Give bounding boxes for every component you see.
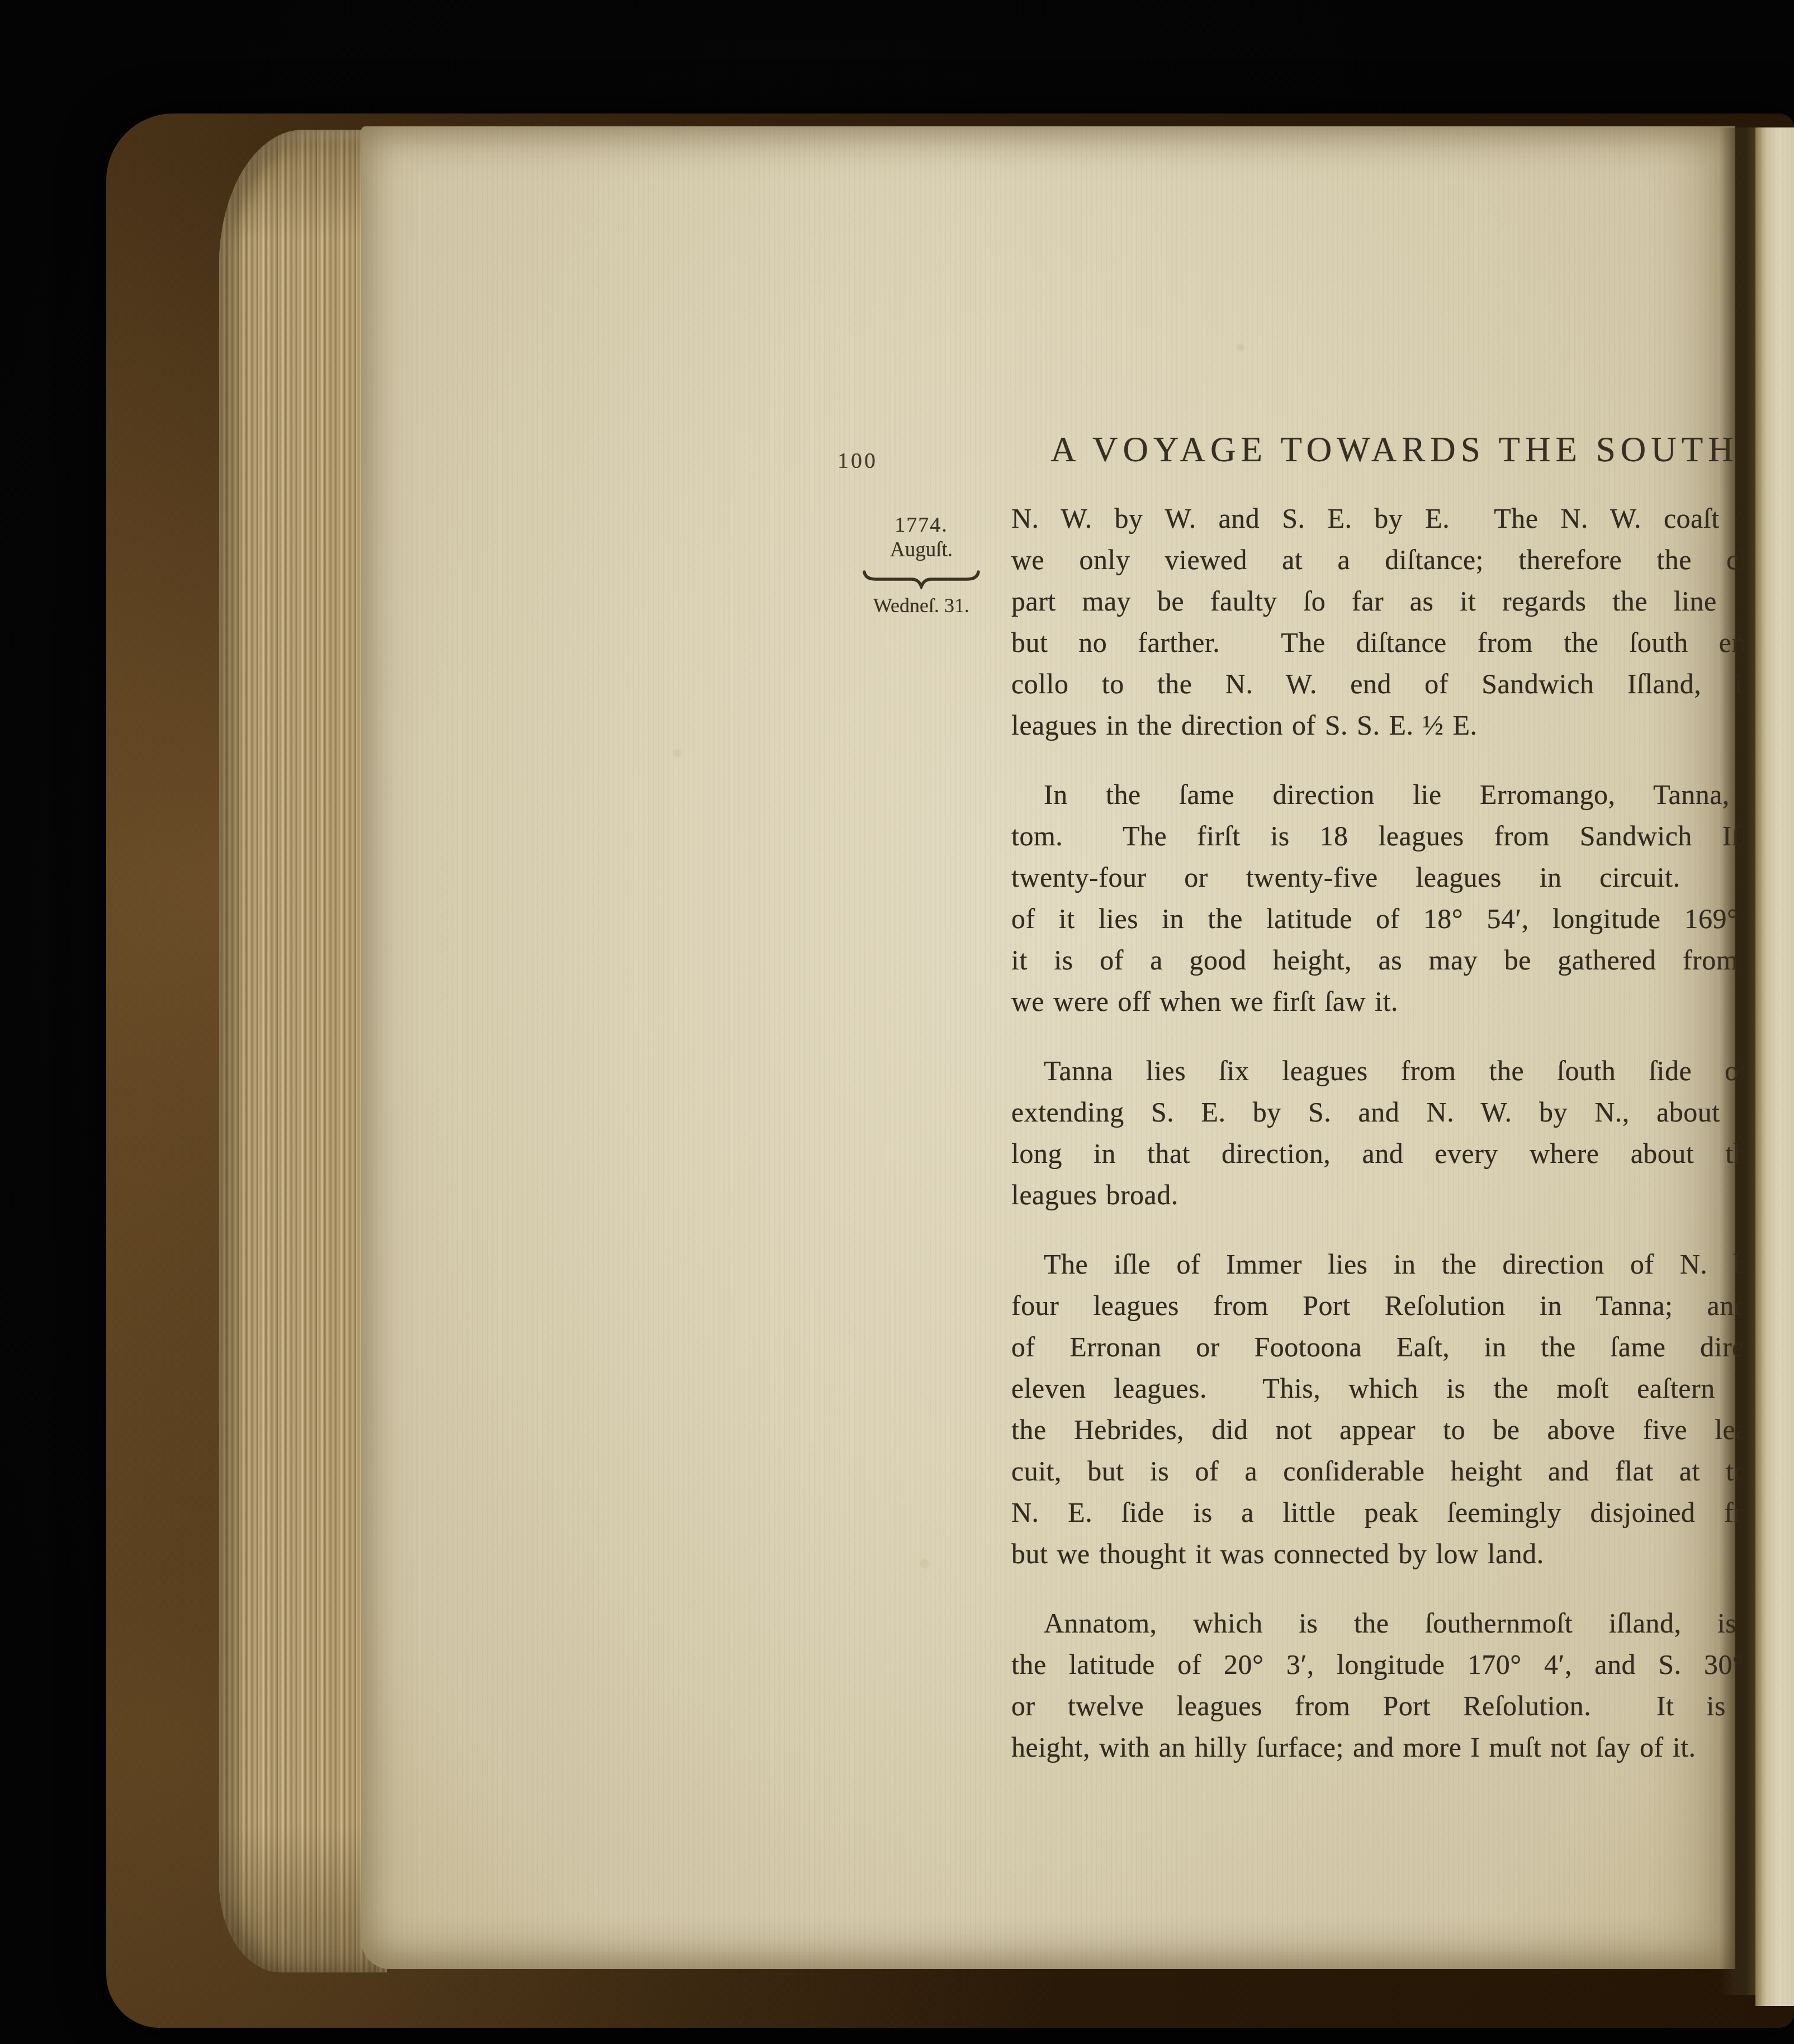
body-line: part may be faulty ſo far as it regards … [1011, 580, 1794, 622]
body-line: leagues broad. [1011, 1174, 1794, 1215]
paragraph: Tanna lies ſix leagues from the ſouth ſi… [1011, 1050, 1794, 1215]
body-line: N. E. ſide is a little peak ſeemingly di… [1011, 1492, 1794, 1533]
catchword: Here [1011, 1773, 1794, 1806]
body-line: but no farther. The diſtance from the ſo… [1011, 622, 1794, 663]
body-line: tom. The firſt is 18 leagues from Sandwi… [1011, 815, 1794, 857]
paragraph: Annatom, which is the ſouthernmoſt iſlan… [1011, 1602, 1794, 1768]
paragraph: In the ſame direction lie Erromango, Tan… [1011, 774, 1794, 1022]
book-photo: 100 A VOYAGE TOWARDS THE SOUTH POLE, 177… [0, 0, 1794, 2044]
running-header: A VOYAGE TOWARDS THE SOUTH POLE, [1004, 429, 1794, 470]
body-line: eleven leagues. This, which is the moſt … [1011, 1368, 1794, 1409]
body-line: long in that direction, and every where … [1011, 1133, 1794, 1174]
body-line: N. W. by W. and S. E. by E. The N. W. co… [1011, 498, 1794, 539]
body-line: twenty-four or twenty-five leagues in ci… [1011, 857, 1794, 898]
body-line: In the ſame direction lie Erromango, Tan… [1011, 774, 1794, 815]
paragraph: N. W. by W. and S. E. by E. The N. W. co… [1011, 498, 1794, 746]
paragraph: The iſle of Immer lies in the direction … [1011, 1243, 1794, 1574]
body-line: the latitude of 20° 3′, longitude 170° 4… [1011, 1644, 1794, 1685]
body-line: the Hebrides, did not appear to be above… [1011, 1409, 1794, 1450]
margin-notes: 1774. Auguſt. Wedneſ. 31. [843, 512, 1000, 618]
body-line: of Erronan or Footoona Eaſt, in the ſame… [1011, 1326, 1794, 1368]
page-number: 100 [837, 447, 878, 474]
body-line: height, with an hilly ſurface; and more … [1011, 1726, 1794, 1768]
body-line: we only viewed at a diſtance; therefore … [1011, 539, 1794, 580]
underbrace-icon [862, 568, 981, 589]
body-line: four leagues from Port Reſolution in Tan… [1011, 1285, 1794, 1326]
body-line: collo to the N. W. end of Sandwich Iſlan… [1011, 663, 1794, 704]
body-line: or twelve leagues from Port Reſolution. … [1011, 1685, 1794, 1726]
gutter-shadow [1720, 127, 1757, 1995]
text-block: N. W. by W. and S. E. by E. The N. W. co… [1011, 498, 1794, 1796]
margin-note-year: 1774. [843, 512, 1000, 538]
body-line: Tanna lies ſix leagues from the ſouth ſi… [1011, 1050, 1794, 1091]
body-line: we were off when we firſt ſaw it. [1011, 981, 1794, 1022]
body-line: of it lies in the latitude of 18° 54′, l… [1011, 898, 1794, 939]
body-line: cuit, but is of a conſiderable height an… [1011, 1450, 1794, 1492]
body-line: extending S. E. by S. and N. W. by N., a… [1011, 1091, 1794, 1133]
body-line: Annatom, which is the ſouthernmoſt iſlan… [1011, 1602, 1794, 1644]
margin-note-day: Wedneſ. 31. [843, 593, 1000, 618]
body-line: leagues in the direction of S. S. E. ½ E… [1011, 704, 1794, 746]
body-line: it is of a good height, as may be gather… [1011, 939, 1794, 981]
book-page: 100 A VOYAGE TOWARDS THE SOUTH POLE, 177… [361, 126, 1735, 1969]
margin-note-month: Auguſt. [843, 538, 1000, 562]
facing-page-edge [1755, 127, 1794, 2006]
body-line: but we thought it was connected by low l… [1011, 1533, 1794, 1574]
body-line: The iſle of Immer lies in the direction … [1011, 1243, 1794, 1285]
